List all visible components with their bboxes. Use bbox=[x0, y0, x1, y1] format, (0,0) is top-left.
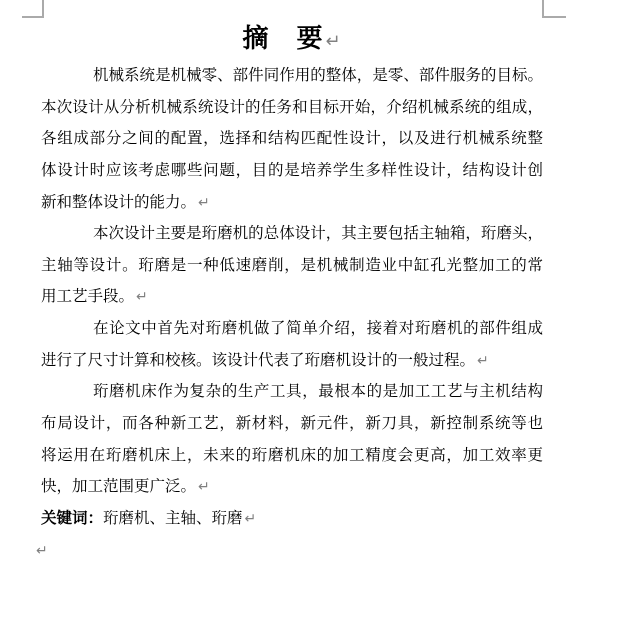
pilcrow-icon: ↵ bbox=[245, 511, 257, 527]
text-line[interactable]: 各组成部分之间的配置，选择和结构匹配性设计，以及进行机械系统整 bbox=[41, 123, 543, 155]
line-text: 主轴等设计。珩磨是一种低速磨削，是机械制造业中缸孔光整加工的常 bbox=[41, 257, 543, 274]
pilcrow-icon: ↵ bbox=[36, 543, 48, 559]
top-right-margin-mark bbox=[542, 0, 566, 18]
line-text: 在论文中首先对珩磨机做了简单介绍，接着对珩磨机的部件组成 bbox=[93, 320, 543, 337]
text-line[interactable]: 机械系统是机械零、部件同作用的整体，是零、部件服务的目标。 bbox=[41, 60, 543, 92]
text-line[interactable]: 在论文中首先对珩磨机做了简单介绍，接着对珩磨机的部件组成 bbox=[41, 313, 543, 345]
text-line[interactable]: 用工艺手段。↵ bbox=[41, 281, 543, 313]
text-line[interactable]: 本次设计从分析机械系统设计的任务和目标开始，介绍机械系统的组成， bbox=[41, 92, 543, 124]
line-text: 珩磨机床作为复杂的生产工具，最根本的是加工工艺与主机结构 bbox=[93, 383, 543, 400]
line-text: 布局设计，而各种新工艺，新材料，新元件，新刀具，新控制系统等也 bbox=[41, 415, 543, 432]
line-text: 本次设计从分析机械系统设计的任务和目标开始，介绍机械系统的组成， bbox=[41, 99, 543, 116]
text-line[interactable]: 新和整体设计的能力。↵ bbox=[41, 187, 543, 219]
pilcrow-icon: ↵ bbox=[198, 195, 210, 211]
paragraph-4: 珩磨机床作为复杂的生产工具，最根本的是加工工艺与主机结构 布局设计，而各种新工艺… bbox=[41, 376, 543, 503]
text-line[interactable]: 快，加工范围更广泛。↵ bbox=[41, 471, 543, 503]
paragraph-3: 在论文中首先对珩磨机做了简单介绍，接着对珩磨机的部件组成 进行了尺寸计算和校核。… bbox=[41, 313, 543, 376]
page-title[interactable]: 摘 要↵ bbox=[41, 18, 543, 60]
line-text: 本次设计主要是珩磨机的总体设计，其主要包括主轴箱，珩磨头， bbox=[93, 225, 543, 242]
document-text-area[interactable]: 摘 要↵ 机械系统是机械零、部件同作用的整体，是零、部件服务的目标。 本次设计从… bbox=[41, 18, 543, 566]
pilcrow-icon: ↵ bbox=[198, 479, 210, 495]
text-line[interactable]: 布局设计，而各种新工艺，新材料，新元件，新刀具，新控制系统等也 bbox=[41, 408, 543, 440]
keywords-value: 珩磨机、主轴、珩磨 bbox=[103, 510, 243, 527]
line-text: 各组成部分之间的配置，选择和结构匹配性设计，以及进行机械系统整 bbox=[41, 130, 543, 147]
paragraph-2: 本次设计主要是珩磨机的总体设计，其主要包括主轴箱，珩磨头， 主轴等设计。珩磨是一… bbox=[41, 218, 543, 313]
line-text: 将运用在珩磨机床上，未来的珩磨机床的加工精度会更高，加工效率更 bbox=[41, 447, 543, 464]
pilcrow-icon: ↵ bbox=[136, 289, 148, 305]
line-text: 用工艺手段。 bbox=[41, 288, 134, 305]
line-text: 新和整体设计的能力。 bbox=[41, 194, 196, 211]
pilcrow-icon: ↵ bbox=[477, 353, 489, 369]
pilcrow-icon: ↵ bbox=[325, 31, 341, 52]
text-line[interactable]: 将运用在珩磨机床上，未来的珩磨机床的加工精度会更高，加工效率更 bbox=[41, 440, 543, 472]
line-text: 进行了尺寸计算和校核。该设计代表了珩磨机设计的一般过程。 bbox=[41, 352, 475, 369]
paragraph-1: 机械系统是机械零、部件同作用的整体，是零、部件服务的目标。 本次设计从分析机械系… bbox=[41, 60, 543, 218]
text-line[interactable]: 进行了尺寸计算和校核。该设计代表了珩磨机设计的一般过程。↵ bbox=[41, 345, 543, 377]
title-text: 摘 要 bbox=[242, 24, 323, 53]
empty-line[interactable]: ↵ bbox=[41, 535, 543, 567]
keywords-label: 关键词： bbox=[41, 510, 103, 527]
line-text: 机械系统是机械零、部件同作用的整体，是零、部件服务的目标。 bbox=[93, 67, 543, 84]
line-text: 快，加工范围更广泛。 bbox=[41, 478, 196, 495]
word-document-page: { "page": { "background": "#ffffff", "te… bbox=[0, 0, 623, 641]
text-line[interactable]: 体设计时应该考虑哪些问题，目的是培养学生多样性设计，结构设计创 bbox=[41, 155, 543, 187]
text-line[interactable]: 主轴等设计。珩磨是一种低速磨削，是机械制造业中缸孔光整加工的常 bbox=[41, 250, 543, 282]
keywords-line[interactable]: 关键词：珩磨机、主轴、珩磨↵ bbox=[41, 503, 543, 535]
line-text: 体设计时应该考虑哪些问题，目的是培养学生多样性设计，结构设计创 bbox=[41, 162, 543, 179]
top-left-margin-mark bbox=[22, 0, 44, 18]
text-line[interactable]: 本次设计主要是珩磨机的总体设计，其主要包括主轴箱，珩磨头， bbox=[41, 218, 543, 250]
text-line[interactable]: 珩磨机床作为复杂的生产工具，最根本的是加工工艺与主机结构 bbox=[41, 376, 543, 408]
